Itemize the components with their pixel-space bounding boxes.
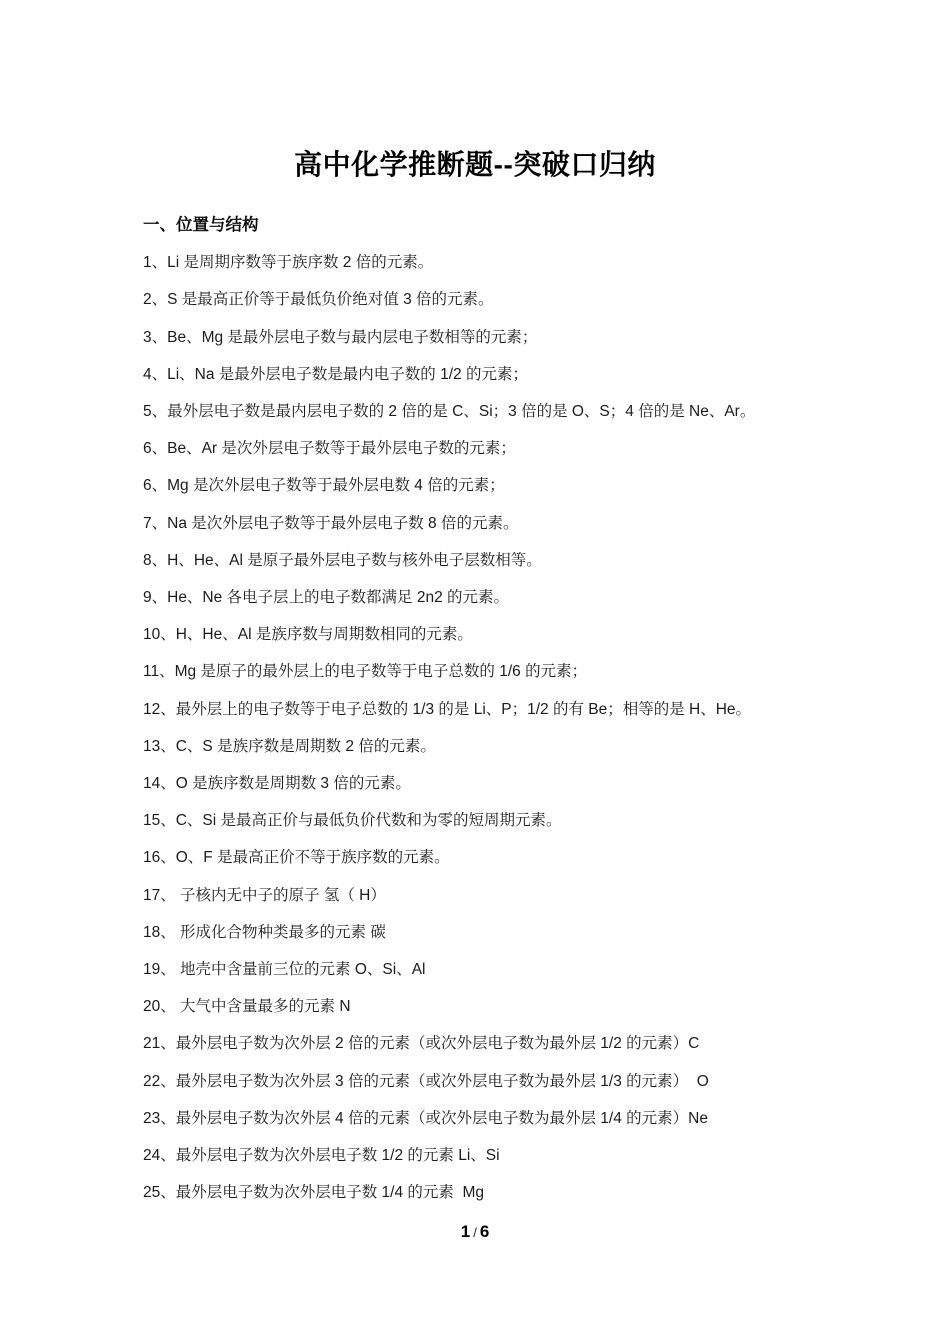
list-item: 1、Li 是周期序数等于族序数 2 倍的元素。 bbox=[143, 244, 913, 281]
section-heading: 一、位置与结构 bbox=[143, 207, 913, 244]
list-item: 6、Be、Ar 是次外层电子数等于最外层电子数的元素； bbox=[143, 430, 913, 467]
list-item: 17、 子核内无中子的原子 氢（ H） bbox=[143, 877, 913, 914]
list-item: 19、 地壳中含量前三位的元素 O、Si、Al bbox=[143, 951, 913, 988]
list-item: 25、最外层电子数为次外层电子数 1/4 的元素 Mg bbox=[143, 1174, 913, 1211]
list-item: 4、Li、Na 是最外层电子数是最内电子数的 1/2 的元素； bbox=[143, 356, 913, 393]
list-item: 18、 形成化合物种类最多的元素 碳 bbox=[143, 914, 913, 951]
page-number-current: 1 bbox=[461, 1222, 470, 1241]
list-item: 10、H、He、Al 是族序数与周期数相同的元素。 bbox=[143, 616, 913, 653]
list-item: 24、最外层电子数为次外层电子数 1/2 的元素 Li、Si bbox=[143, 1137, 913, 1174]
list-item: 7、Na 是次外层电子数等于最外层电子数 8 倍的元素。 bbox=[143, 505, 913, 542]
list-item: 20、 大气中含量最多的元素 N bbox=[143, 988, 913, 1025]
list-item: 2、S 是最高正价等于最低负价绝对值 3 倍的元素。 bbox=[143, 281, 913, 318]
item-list: 1、Li 是周期序数等于族序数 2 倍的元素。2、S 是最高正价等于最低负价绝对… bbox=[143, 244, 913, 1211]
list-item: 14、O 是族序数是周期数 3 倍的元素。 bbox=[143, 765, 913, 802]
list-item: 21、最外层电子数为次外层 2 倍的元素（或次外层电子数为最外层 1/2 的元素… bbox=[143, 1025, 913, 1062]
list-item: 23、最外层电子数为次外层 4 倍的元素（或次外层电子数为最外层 1/4 的元素… bbox=[143, 1100, 913, 1137]
list-item: 9、He、Ne 各电子层上的电子数都满足 2n2 的元素。 bbox=[143, 579, 913, 616]
list-item: 8、H、He、Al 是原子最外层电子数与核外电子层数相等。 bbox=[143, 542, 913, 579]
document-page: 高中化学推断题--突破口归纳 一、位置与结构 1、Li 是周期序数等于族序数 2… bbox=[0, 0, 950, 1344]
list-item: 16、O、F 是最高正价不等于族序数的元素。 bbox=[143, 839, 913, 876]
document-body: 一、位置与结构 1、Li 是周期序数等于族序数 2 倍的元素。2、S 是最高正价… bbox=[143, 207, 913, 1211]
list-item: 11、Mg 是原子的最外层上的电子数等于电子总数的 1/6 的元素； bbox=[143, 653, 913, 690]
list-item: 13、C、S 是族序数是周期数 2 倍的元素。 bbox=[143, 728, 913, 765]
page-number: 1/6 bbox=[0, 1222, 950, 1242]
list-item: 12、最外层上的电子数等于电子总数的 1/3 的是 Li、P；1/2 的有 Be… bbox=[143, 691, 913, 728]
list-item: 15、C、Si 是最高正价与最低负价代数和为零的短周期元素。 bbox=[143, 802, 913, 839]
list-item: 3、Be、Mg 是最外层电子数与最内层电子数相等的元素； bbox=[143, 319, 913, 356]
page-number-total: 6 bbox=[480, 1222, 489, 1241]
list-item: 5、最外层电子数是最内层电子数的 2 倍的是 C、Si；3 倍的是 O、S；4 … bbox=[143, 393, 913, 430]
document-title: 高中化学推断题--突破口归纳 bbox=[0, 143, 950, 183]
list-item: 22、最外层电子数为次外层 3 倍的元素（或次外层电子数为最外层 1/3 的元素… bbox=[143, 1063, 913, 1100]
list-item: 6、Mg 是次外层电子数等于最外层电数 4 倍的元素； bbox=[143, 467, 913, 504]
page-number-separator: / bbox=[473, 1225, 477, 1240]
